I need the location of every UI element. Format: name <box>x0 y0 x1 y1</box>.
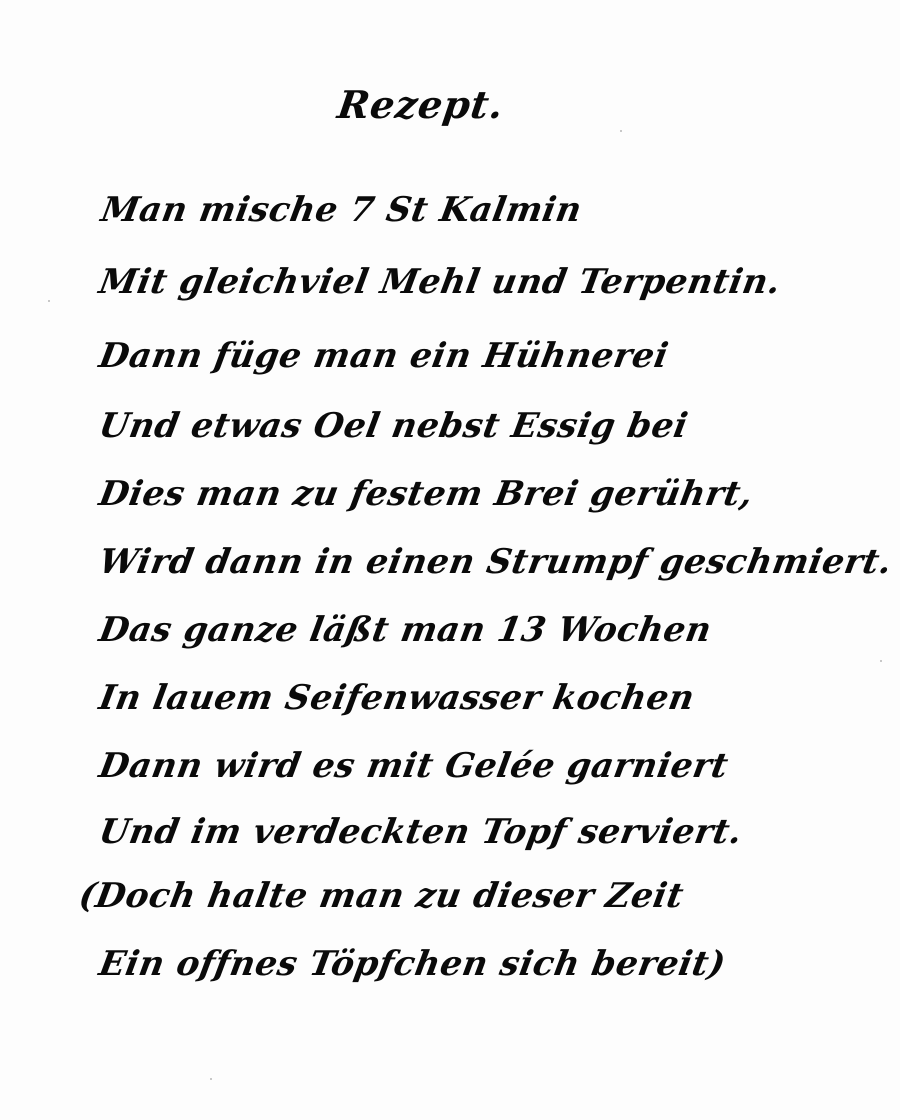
handwritten-page: Rezept. Man mische 7 St Kalmin Mit gleic… <box>0 0 900 1120</box>
text-line-11: (Doch halte man zu dieser Zeit <box>76 876 687 916</box>
text-line-9: Dann wird es mit Gelée garniert <box>96 746 731 786</box>
paper-speck <box>620 130 622 132</box>
paper-speck <box>880 660 882 662</box>
paper-speck <box>48 300 50 302</box>
text-line-1: Man mische 7 St Kalmin <box>98 190 585 230</box>
paper-speck <box>210 1078 212 1080</box>
text-line-10: Und im verdeckten Topf serviert. <box>96 812 745 852</box>
text-line-6: Wird dann in einen Strumpf geschmiert. <box>96 542 895 582</box>
text-line-2: Mit gleichviel Mehl und Terpentin. <box>96 262 784 302</box>
text-line-3: Dann füge man ein Hühnerei <box>96 336 671 376</box>
text-line-12: Ein offnes Töpfchen sich bereit) <box>96 944 729 984</box>
text-line-5: Dies man zu festem Brei gerührt, <box>96 474 756 514</box>
text-line-7: Das ganze läßt man 13 Wochen <box>96 610 715 650</box>
text-line-4: Und etwas Oel nebst Essig bei <box>96 406 691 446</box>
recipe-title: Rezept. <box>335 82 507 127</box>
text-line-8: In lauem Seifenwasser kochen <box>96 678 698 718</box>
